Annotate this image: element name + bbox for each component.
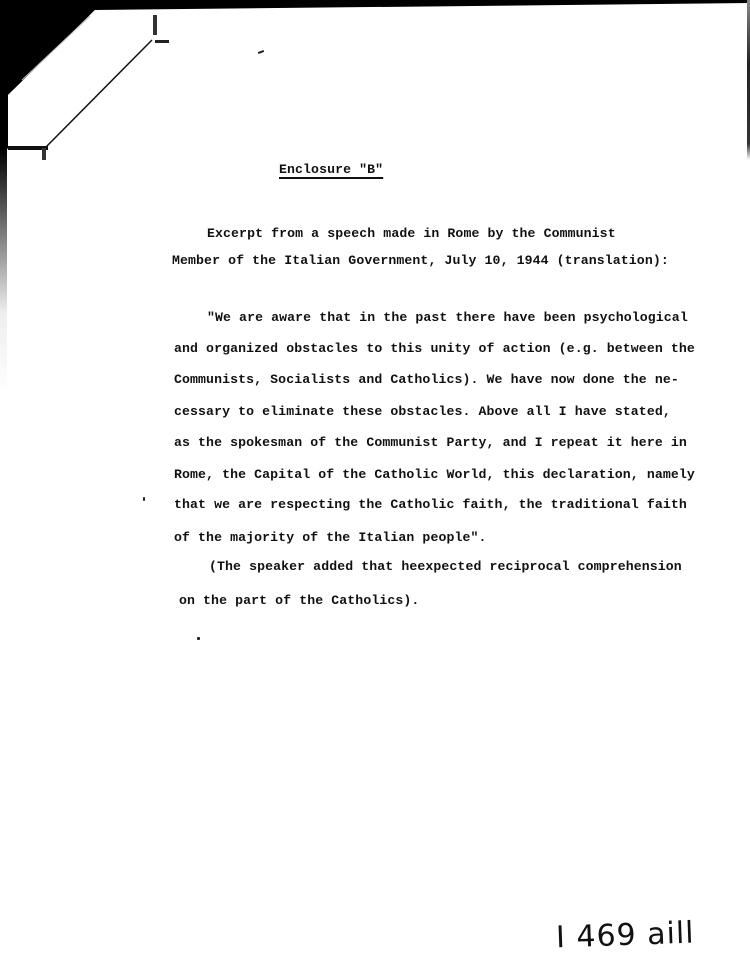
quote-line-3: Communists, Socialists and Catholics). W… bbox=[174, 372, 679, 388]
quote-line-1: "We are aware that in the past there hav… bbox=[207, 310, 688, 326]
document-page: Enclosure "B" Excerpt from a speech made… bbox=[0, 0, 750, 972]
scan-speck bbox=[143, 497, 145, 501]
quote-line-7: that we are respecting the Catholic fait… bbox=[174, 497, 687, 513]
scan-speck bbox=[197, 637, 200, 640]
intro-line-2: Member of the Italian Government, July 1… bbox=[172, 253, 669, 269]
note-line-1: (The speaker added that heexpected recip… bbox=[209, 559, 682, 575]
quote-line-6: Rome, the Capital of the Catholic World,… bbox=[174, 467, 695, 483]
quote-line-4: cessary to eliminate these obstacles. Ab… bbox=[174, 404, 671, 420]
quote-line-5: as the spokesman of the Communist Party,… bbox=[174, 435, 687, 451]
handwritten-annotation: I 469 aill bbox=[555, 916, 695, 956]
quote-line-8: of the majority of the Italian people". bbox=[174, 530, 487, 546]
scan-left-edge bbox=[0, 148, 7, 972]
intro-line-1: Excerpt from a speech made in Rome by th… bbox=[207, 226, 616, 242]
enclosure-heading: Enclosure "B" bbox=[279, 162, 383, 178]
note-line-2: on the part of the Catholics). bbox=[179, 593, 419, 609]
quote-line-2: and organized obstacles to this unity of… bbox=[174, 341, 695, 357]
scan-corner-shadow bbox=[0, 0, 750, 160]
